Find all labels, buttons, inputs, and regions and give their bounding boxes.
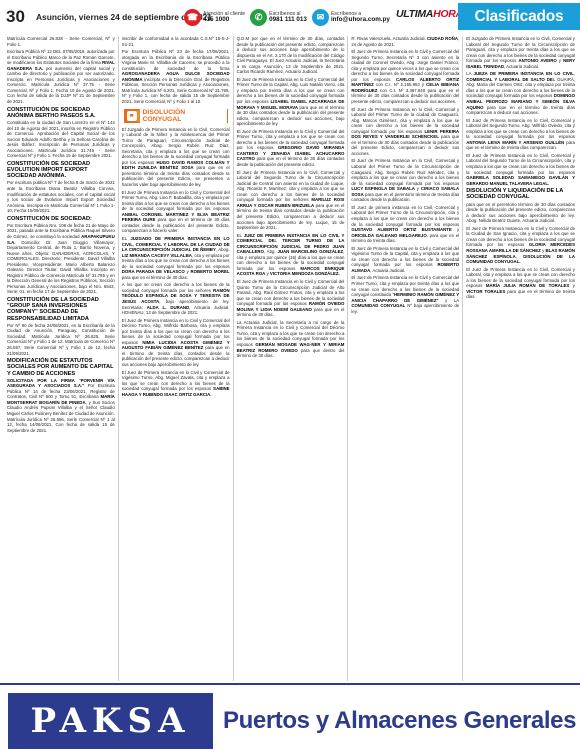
notice-text: inscribir de conformidad a la acordada C… xyxy=(122,36,230,47)
notice-text: Matrícula Comercial 26.828 - Serie Comer… xyxy=(7,36,115,47)
contact-phone[interactable]: ☎ Atención al cliente415 1000 xyxy=(184,9,245,26)
notice-text: Por Escritura Pública Nº 23 de fecha 17/… xyxy=(122,49,230,104)
notice-heading: CONSTITUCIÓN DE LA SOCIEDAD "GROUP SANA … xyxy=(7,297,115,322)
column-3: Q.D.M por que en el término de 30 días, … xyxy=(234,36,349,681)
ultima-hora-logo: ULTIMAHORA xyxy=(396,8,463,20)
notice-text: SOLICITADA POR LA FIRMA "PORVENIR VÍA AS… xyxy=(7,378,115,433)
notice-text: para que en el perentorio término de 30 … xyxy=(466,202,575,224)
paksa-logo: PAKSA xyxy=(8,693,213,749)
notice-heading: MODIFICACIÓN DE ESTATUTOS SOCIALES POR A… xyxy=(7,358,115,377)
notice-text: El Juez de Primera Instancia en lo Civil… xyxy=(237,279,345,318)
notice-text: El Juez de Primera Instancia en lo Civil… xyxy=(466,118,575,151)
disolucion-conyugal-banner: ⚭DISOLUCIÓN CONYUGAL xyxy=(124,109,228,123)
notice-heading: CONSTITUCIÓN DE SOCIEDAD ANÓNIMA BERTHO … xyxy=(7,107,115,119)
notice-text: Por Escritura Pública Nro. 108 de fecha … xyxy=(7,223,115,295)
classifieds-columns: Matrícula Comercial 26.828 - Serie Comer… xyxy=(4,36,578,681)
notice-text: El Juez de Primera Instancia en lo Civil… xyxy=(351,275,459,314)
notice-text: El Juez de Primera Instancia en lo Civil… xyxy=(237,170,345,231)
whatsapp-icon: ✆ xyxy=(250,9,267,26)
notice-text: El Juzgado de Primera Instancia en lo Ci… xyxy=(466,36,575,69)
notice-text: El Juez de Primera Instancia en lo Civil… xyxy=(122,318,230,368)
notice-text: El Juzgado de Primera Instancia en lo Ci… xyxy=(122,127,230,188)
contact-value: 415 1000 xyxy=(203,17,245,23)
date-line: Asunción, viernes 24 de septiembre de 20… xyxy=(36,12,184,22)
notice-text: A los que se crean con derecho a los bie… xyxy=(122,282,230,315)
notice-text: El Juez de Primera Instancia en lo Civil… xyxy=(466,267,575,300)
column-2: inscribir de conformidad a la acordada C… xyxy=(119,36,234,681)
notice-text: El Juez de Primera Instancia en lo Civil… xyxy=(351,49,459,104)
notice-heading: DISOLUCIÓN Y LIQUIDACIÓN DE LA SOCIEDAD … xyxy=(466,188,575,200)
notice-text: Escritura Pública Nº 12 DEL 07/05/2019, … xyxy=(7,49,115,104)
brand-part1: ULTIMA xyxy=(396,8,433,20)
banner-label: DISOLUCIÓN CONYUGAL xyxy=(140,108,227,124)
notice-heading: CONSTITUCIÓN DE SOCIEDAD: xyxy=(7,216,115,222)
notice-text: La Actuaria Judicial, la Secretaría a mi… xyxy=(237,320,345,359)
notice-text: R. Rivas Valenzuela, Actuaria Judicial. … xyxy=(351,36,459,47)
notice-text: El Juez de Primera Instancia en lo Civil… xyxy=(122,190,230,234)
column-5: El Juzgado de Primera Instancia en lo Ci… xyxy=(463,36,578,681)
notice-text: EL JUZGADO DE PRIMERA INSTANCIA EN LO CI… xyxy=(122,236,230,280)
notice-text: El Juez de Primera Instancia en lo Civil… xyxy=(122,370,230,398)
notice-text: LA JUEZA DE PRIMERA INSTANCIA EN LO CIVI… xyxy=(466,71,575,115)
page-number: 30 xyxy=(6,7,32,27)
notice-text: El Juez de primera instancia en lo Civil… xyxy=(351,205,459,244)
ad-tagline: Puertos y Almacenes Generales xyxy=(223,707,576,735)
ad-brand: PAKSA xyxy=(31,701,191,741)
notice-text: Constituida en la ciudad de San Lorenzo … xyxy=(7,120,115,159)
paksa-advertisement[interactable]: PAKSA Puertos y Almacenes Generales xyxy=(0,683,580,756)
notice-text: El Juez de Primera Instancia en lo Civil… xyxy=(237,77,345,127)
notice-text: Por escritura pública Nº 7 de fecha 8 de… xyxy=(7,180,115,213)
contact-value: info@uhora.com.py xyxy=(331,17,390,23)
notice-text: Q.D.M por que en el término de 30 días, … xyxy=(237,36,345,75)
page-header: 30 Asunción, viernes 24 de septiembre de… xyxy=(0,0,580,34)
notice-text: El Juez de Primera Instancia en lo Civil… xyxy=(351,107,459,157)
contact-value: 0981 111 013 xyxy=(269,17,307,23)
notice-text: El Juez de Primera Instancia en lo Civil… xyxy=(351,246,459,274)
notice-text: EL JUEZ DE PRIMERA INSTANCIA EN LO CIVIL… xyxy=(237,233,345,277)
notice-text: El Juez de Primera Instancia en lo Civil… xyxy=(237,129,345,168)
section-title: Clasificados xyxy=(458,3,580,30)
notice-text: Por Nº 90 de fecha 24/08/2021, en la Esc… xyxy=(7,323,115,356)
contact-email[interactable]: ✉ Escríbenos ainfo@uhora.com.py xyxy=(312,9,390,26)
notice-text: El Juez de Primera Instancia en lo Civil… xyxy=(351,158,459,202)
notice-heading: CONSTITUCIÓN DE SOCIEDAD EVOLUTION IMPOR… xyxy=(7,161,115,180)
column-1: Matrícula Comercial 26.828 - Serie Comer… xyxy=(4,36,119,681)
notice-text: El Juez de Primera Instancia en lo Civil… xyxy=(466,153,575,186)
email-icon: ✉ xyxy=(312,9,329,26)
phone-icon: ☎ xyxy=(184,9,201,26)
rings-icon: ⚭ xyxy=(127,111,137,121)
column-4: R. Rivas Valenzuela, Actuaria Judicial. … xyxy=(348,36,463,681)
notice-text: El Juez de Primera Instancia en lo Civil… xyxy=(466,226,575,265)
contact-whatsapp[interactable]: ✆ Escríbenos al0981 111 013 xyxy=(250,9,307,26)
